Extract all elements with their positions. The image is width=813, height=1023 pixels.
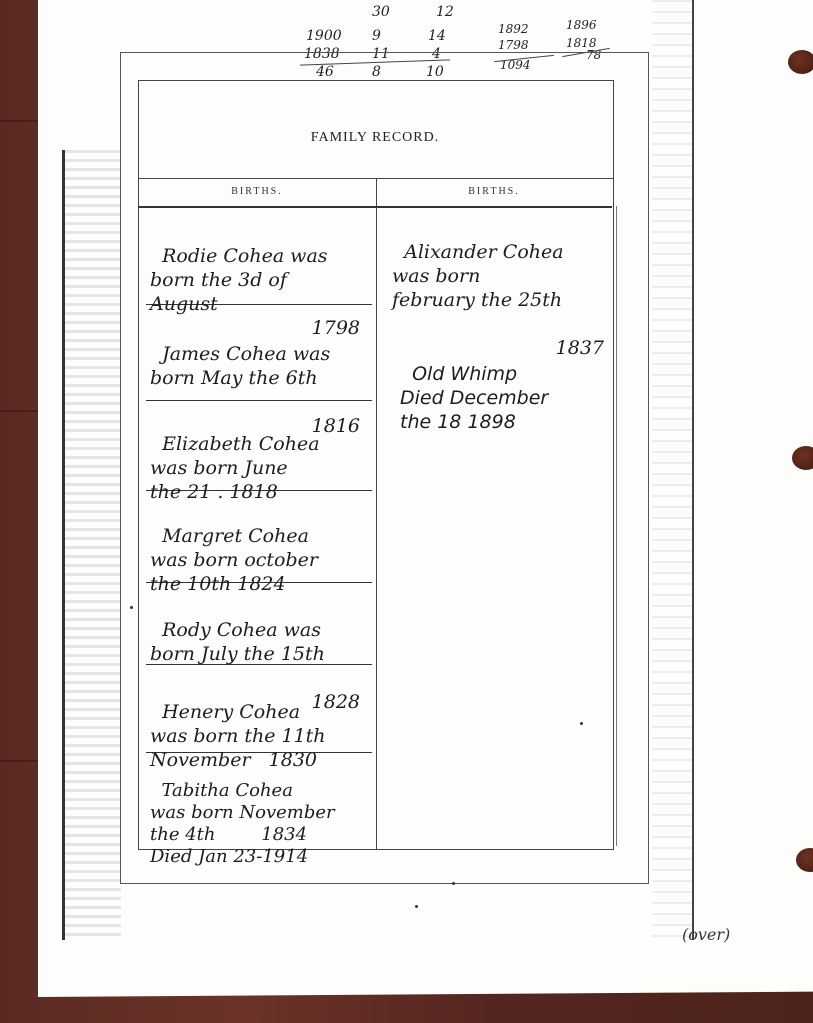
scan-speck (415, 905, 418, 908)
calc-value: 1892 (498, 22, 529, 36)
calc-value: 1798 (498, 38, 529, 52)
right-column-border (616, 206, 617, 846)
entry-text: Elizabeth Cohea was born June the 21 . 1… (150, 433, 320, 503)
entry-text: Rodie Cohea was born the 3d of August (150, 245, 328, 315)
entry-text: Margret Cohea was born october the 10th … (150, 525, 318, 595)
hole-punch (792, 446, 813, 470)
calc-value: 14 (428, 28, 446, 44)
calc-top-2: 12 (436, 4, 454, 20)
column-header-births-right: BIRTHS. (376, 186, 612, 197)
page-torn-edge-right (652, 0, 694, 940)
header-rule (138, 206, 612, 208)
entry-text: Rody Cohea was born July the 15th (150, 619, 325, 665)
scan-speck (580, 722, 583, 725)
entry-text: Tabitha Cohea was born November the 4th … (150, 780, 335, 867)
death-entry-old-whimp: Old Whimp Died December the 18 1898 (400, 338, 622, 434)
page-torn-edge-left (62, 150, 121, 940)
entry-text: Old Whimp Died December the 18 1898 (400, 363, 548, 433)
hole-punch (788, 50, 813, 74)
continuation-note: (over) (682, 925, 730, 944)
birth-entry-tabitha: Tabitha Cohea was born November the 4th … (150, 758, 390, 868)
calc-value: 9 (372, 28, 381, 44)
scan-speck (452, 882, 455, 885)
scan-speck (130, 606, 133, 609)
calc-value: 1896 (566, 18, 597, 32)
birth-entry-elizabeth: Elizabeth Cohea was born June the 21 . 1… (150, 408, 370, 504)
calc-value: 1900 (306, 28, 342, 44)
page-title: FAMILY RECORD. (138, 130, 612, 146)
entry-text: Alixander Cohea was born february the 25… (392, 241, 564, 311)
calc-top-1: 30 (372, 4, 390, 20)
birth-entry-margret: Margret Cohea was born october the 10th … (150, 500, 370, 596)
entry-text: James Cohea was born May the 6th (150, 343, 330, 389)
column-header-births-left: BIRTHS. (138, 186, 376, 197)
